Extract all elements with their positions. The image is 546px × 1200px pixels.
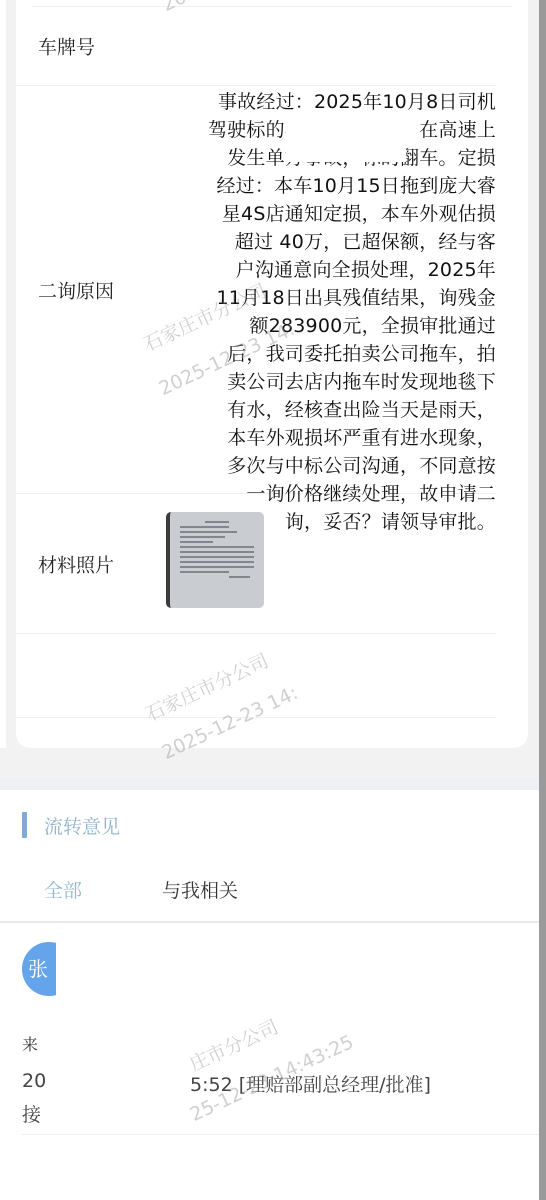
flow-receiver-label: 接 — [22, 1100, 41, 1127]
flow-opinion-title: 流转意见 — [44, 812, 120, 839]
reason-line: 超过 40万，已超保额，经与客 — [150, 228, 496, 256]
tab-all[interactable]: 全部 — [44, 876, 82, 903]
flow-opinion-section — [0, 790, 540, 1200]
section-gap-tint — [0, 778, 540, 790]
flow-time-prefix: 20 — [22, 1070, 46, 1092]
material-photo-label: 材料照片 — [38, 550, 114, 577]
entry-divider — [22, 1134, 540, 1135]
reason-line: 本车外观损坏严重有进水现象， — [150, 424, 496, 452]
tab-related-to-me[interactable]: 与我相关 — [162, 876, 238, 903]
reason-line: 星4S店通知定损，本车外观估损 — [150, 200, 496, 228]
document-photo-thumbnail[interactable] — [166, 512, 264, 608]
scrollbar-track — [528, 0, 539, 748]
scrollbar[interactable] — [539, 0, 546, 1200]
reason-line: 后，我司委托拍卖公司拖车，拍 — [150, 340, 496, 368]
redaction-block — [286, 114, 406, 162]
document-image — [176, 518, 258, 602]
reason-line: 卖公司去店内拖车时发现地毯下 — [150, 368, 496, 396]
second-inquiry-reason-label: 二询原因 — [38, 277, 114, 304]
reason-line: 11月18日出具残值结果，询残金 — [150, 284, 496, 312]
empty-row — [16, 634, 496, 718]
reason-line: 有水，经核查出险当天是雨天， — [150, 396, 496, 424]
reason-line: 事故经过：2025年10月8日司机 — [150, 88, 496, 116]
avatar: 张 — [22, 942, 56, 996]
flow-from-label: 来 — [22, 1032, 38, 1055]
flow-time-and-action: 5:52 [理赔部副总经理/批准] — [190, 1070, 431, 1097]
tabs-divider — [0, 921, 540, 923]
reason-line: 多次与中标公司沟通，不同意按 — [150, 452, 496, 480]
section-accent-bar — [22, 812, 27, 838]
avatar-circle: 张 — [22, 942, 56, 996]
reason-line: 额283900元，全损审批通过 — [150, 312, 496, 340]
page-edge — [0, 0, 6, 750]
reason-line: 户沟通意向全损处理，2025年 — [150, 256, 496, 284]
plate-number-row: 车牌号 — [16, 6, 496, 86]
reason-line: 经过：本车10月15日拖到庞大睿 — [150, 172, 496, 200]
plate-number-label: 车牌号 — [38, 32, 95, 59]
